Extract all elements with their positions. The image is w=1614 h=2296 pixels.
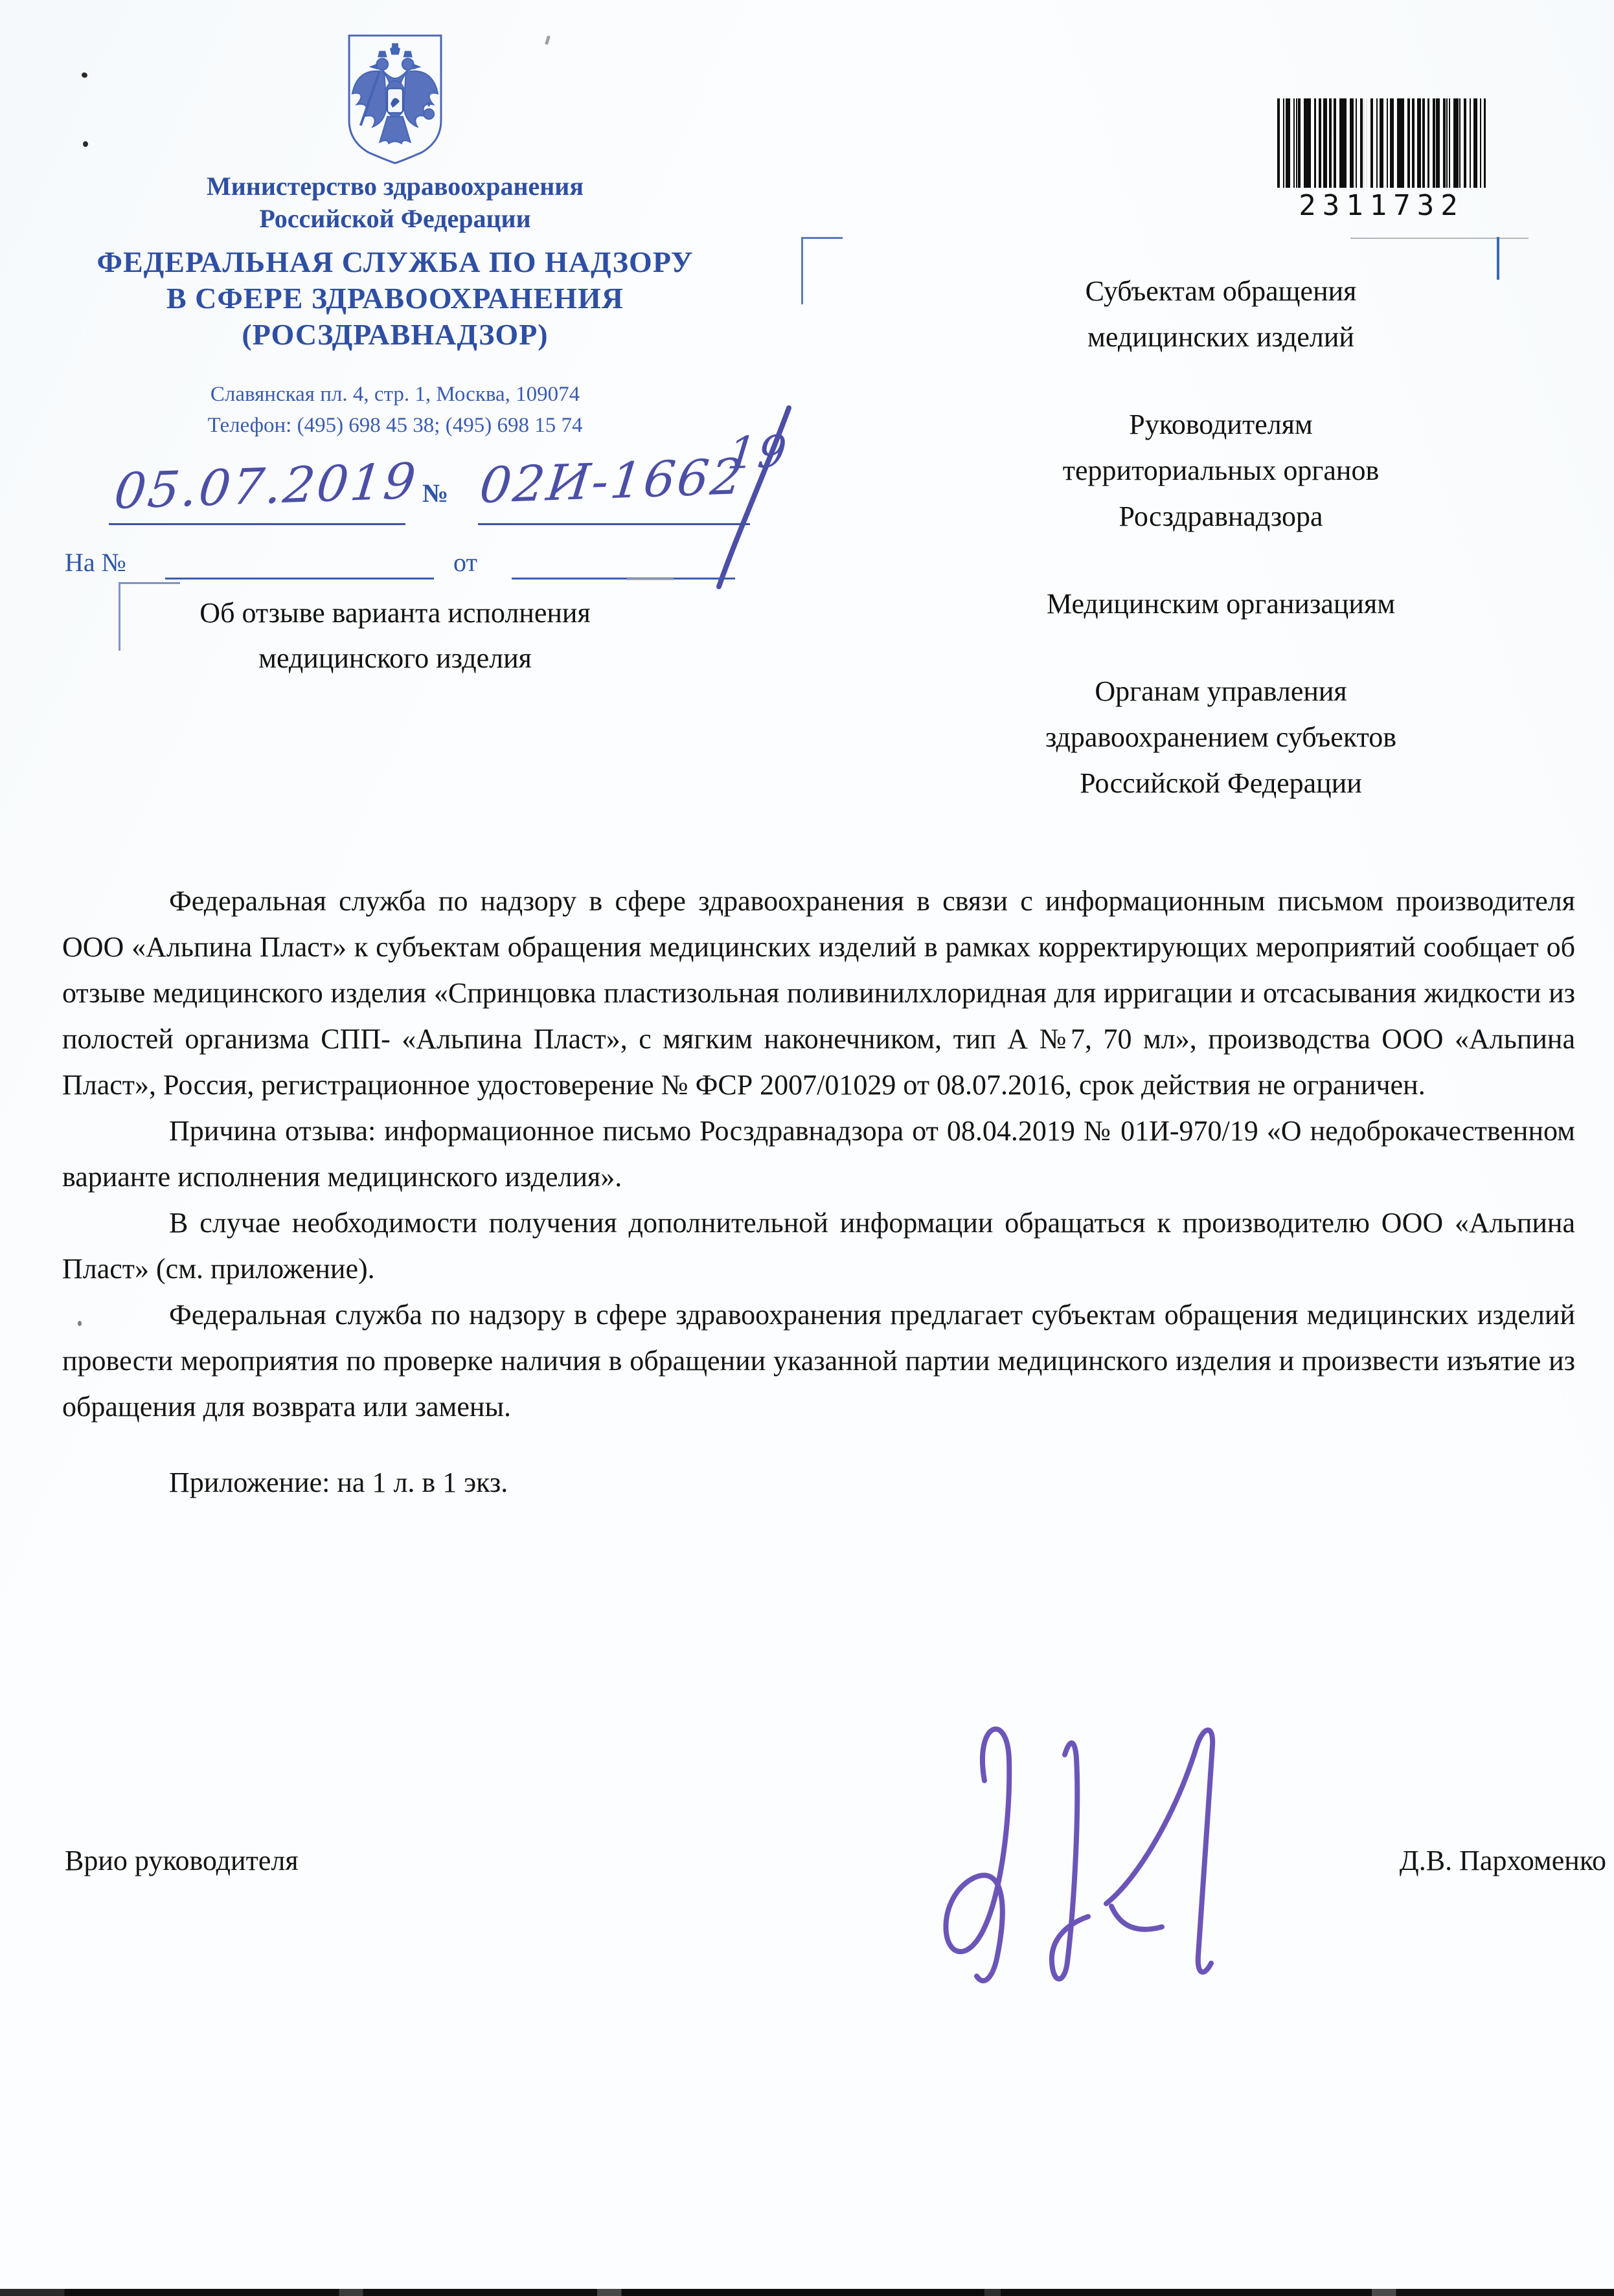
number-sign: № <box>422 478 448 508</box>
body-paragraph: В случае необходимости получения дополни… <box>62 1200 1575 1292</box>
corner-mark <box>1350 238 1529 239</box>
handwritten-date: 05.07.2019 <box>111 452 420 520</box>
scan-speck <box>78 1321 82 1326</box>
scan-edge-strip <box>0 2289 1614 2296</box>
contact-block: Славянская пл. 4, стр. 1, Москва, 109074… <box>57 379 733 441</box>
body-paragraph: Федеральная служба по надзору в сфере зд… <box>62 1292 1575 1430</box>
attachment-note: Приложение: на 1 л. в 1 экз. <box>62 1459 1575 1505</box>
recipients: Субъектам обращения медицинских изделий … <box>861 268 1580 848</box>
letter-body: Федеральная служба по надзору в сфере зд… <box>62 878 1575 1505</box>
reply-number-underline <box>165 578 434 580</box>
barcode-number: 2311732 <box>1277 189 1486 222</box>
scanned-letter-page: Министерство здравоохранения Российской … <box>0 0 1614 2296</box>
subject-line1: Об отзыве варианта исполнения <box>57 591 733 636</box>
corner-mark <box>801 237 803 304</box>
service-line3: (РОСЗДРАВНАДЗОР) <box>57 317 733 353</box>
barcode-bars <box>1277 98 1486 188</box>
recipient-item: Органам управления здравоохранением субъ… <box>1020 668 1422 806</box>
body-paragraph: Причина отзыва: информационное письмо Ро… <box>62 1108 1575 1200</box>
corner-mark <box>801 237 843 239</box>
subject: Об отзыве варианта исполнения медицинско… <box>57 591 733 681</box>
reply-date-underline <box>512 578 735 580</box>
ministry-line1: Министерство здравоохранения <box>57 170 733 203</box>
subject-line2: медицинского изделия <box>57 636 733 681</box>
recipient-item: Медицинским организациям <box>968 581 1473 627</box>
service-line1: ФЕДЕРАЛЬНАЯ СЛУЖБА ПО НАДЗОРУ <box>57 244 733 280</box>
barcode: 2311732 <box>1277 98 1486 222</box>
reply-date-label: от <box>453 547 477 578</box>
signer-name: Д.В. Пархоменко <box>1289 1844 1606 1877</box>
handwritten-number-suffix: 19 <box>725 426 791 479</box>
service-name: ФЕДЕРАЛЬНАЯ СЛУЖБА ПО НАДЗОРУ В СФЕРЕ ЗД… <box>57 244 733 353</box>
ministry-line2: Российской Федерации <box>57 203 733 235</box>
address-line: Славянская пл. 4, стр. 1, Москва, 109074 <box>57 379 733 410</box>
phone-line: Телефон: (495) 698 45 38; (495) 698 15 7… <box>57 410 733 441</box>
signer-position: Врио руководителя <box>65 1844 299 1877</box>
signature-scribble <box>912 1683 1288 2007</box>
letterhead: Министерство здравоохранения Российской … <box>57 32 733 441</box>
corner-mark <box>627 578 674 580</box>
recipient-item: Руководителям территориальных органов Ро… <box>1052 401 1389 539</box>
number-underline <box>478 523 750 525</box>
body-paragraph: Федеральная служба по надзору в сфере зд… <box>62 878 1575 1108</box>
scan-speck <box>83 141 88 147</box>
coat-of-arms-icon <box>344 32 446 165</box>
recipient-item: Субъектам обращения медицинских изделий <box>1007 268 1435 360</box>
ministry-name: Министерство здравоохранения Российской … <box>57 170 733 235</box>
reply-number-label: На № <box>65 547 126 578</box>
corner-mark <box>119 582 180 584</box>
date-underline <box>109 523 405 525</box>
service-line2: В СФЕРЕ ЗДРАВООХРАНЕНИЯ <box>57 280 733 317</box>
